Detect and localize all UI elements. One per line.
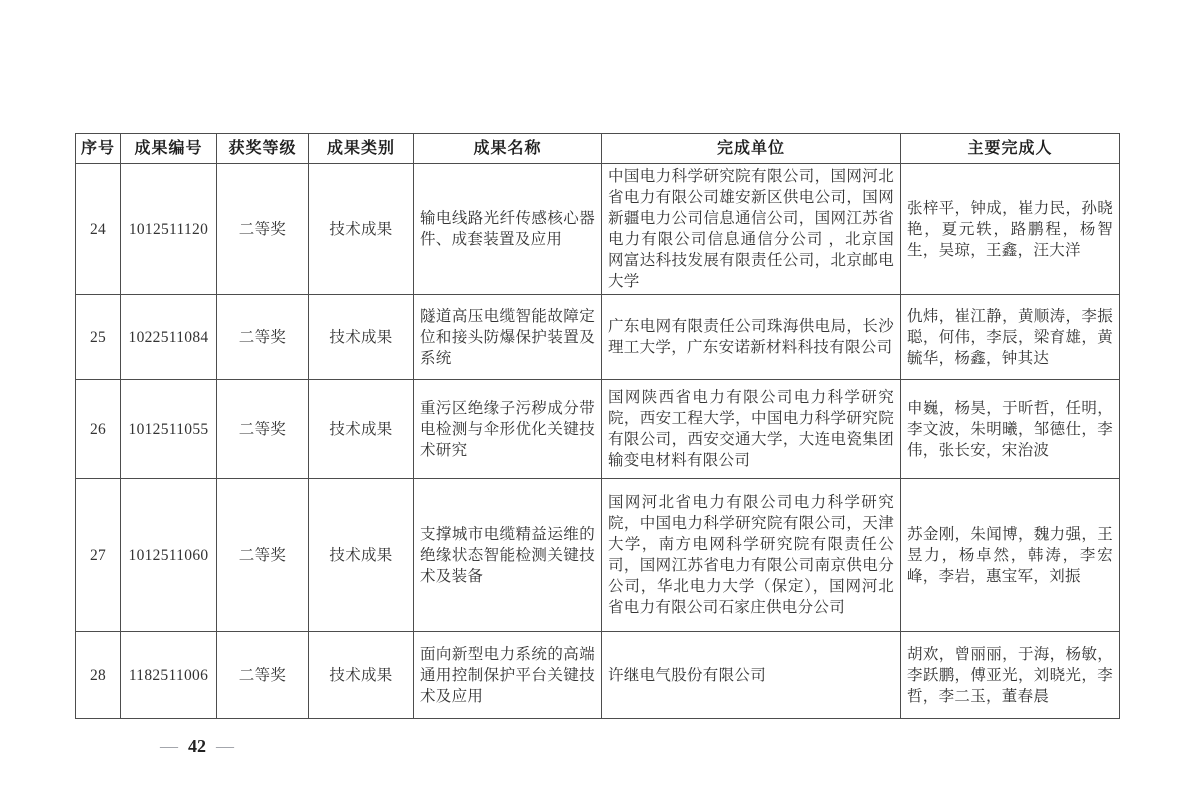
cell-completing-organizations: 国网河北省电力有限公司电力科学研究院，中国电力科学研究院有限公司，天津大学，南方… bbox=[602, 479, 901, 632]
header-award-level: 获奖等级 bbox=[217, 134, 309, 164]
cell-completing-organizations: 许继电气股份有限公司 bbox=[602, 632, 901, 719]
cell-award-level: 二等奖 bbox=[217, 295, 309, 380]
cell-achievement-id: 1012511060 bbox=[121, 479, 217, 632]
cell-achievement-category: 技术成果 bbox=[309, 164, 414, 295]
cell-serial-number: 24 bbox=[76, 164, 121, 295]
table-header-row: 序号 成果编号 获奖等级 成果类别 成果名称 完成单位 主要完成人 bbox=[76, 134, 1120, 164]
cell-serial-number: 27 bbox=[76, 479, 121, 632]
cell-achievement-category: 技术成果 bbox=[309, 295, 414, 380]
cell-main-contributors: 胡欢，曾丽丽，于海，杨敏，李跃鹏，傅亚光，刘晓光，李哲，李二玉，董春晨 bbox=[901, 632, 1120, 719]
cell-award-level: 二等奖 bbox=[217, 632, 309, 719]
cell-achievement-name: 隧道高压电缆智能故障定位和接头防爆保护装置及系统 bbox=[414, 295, 602, 380]
table-row: 28 1182511006 二等奖 技术成果 面向新型电力系统的高端通用控制保护… bbox=[76, 632, 1120, 719]
awards-table-container: 序号 成果编号 获奖等级 成果类别 成果名称 完成单位 主要完成人 24 101… bbox=[75, 133, 1119, 719]
cell-achievement-id: 1012511120 bbox=[121, 164, 217, 295]
cell-achievement-category: 技术成果 bbox=[309, 479, 414, 632]
footer-left-dash: — bbox=[160, 736, 178, 756]
cell-main-contributors: 申巍，杨昊，于昕哲，任明，李文波，朱明曦，邹德仕，李伟，张长安，宋治波 bbox=[901, 380, 1120, 479]
cell-award-level: 二等奖 bbox=[217, 380, 309, 479]
cell-achievement-name: 重污区绝缘子污秽成分带电检测与伞形优化关键技术研究 bbox=[414, 380, 602, 479]
cell-completing-organizations: 广东电网有限责任公司珠海供电局，长沙理工大学，广东安诺新材料科技有限公司 bbox=[602, 295, 901, 380]
cell-achievement-name: 支撑城市电缆精益运维的绝缘状态智能检测关键技术及装备 bbox=[414, 479, 602, 632]
cell-serial-number: 28 bbox=[76, 632, 121, 719]
cell-main-contributors: 苏金刚，朱闻博，魏力强，王昱力，杨卓然，韩涛，李宏峰，李岩，惠宝军，刘振 bbox=[901, 479, 1120, 632]
awards-table: 序号 成果编号 获奖等级 成果类别 成果名称 完成单位 主要完成人 24 101… bbox=[75, 133, 1120, 719]
header-achievement-name: 成果名称 bbox=[414, 134, 602, 164]
cell-serial-number: 25 bbox=[76, 295, 121, 380]
cell-achievement-name: 面向新型电力系统的高端通用控制保护平台关键技术及应用 bbox=[414, 632, 602, 719]
table-row: 25 1022511084 二等奖 技术成果 隧道高压电缆智能故障定位和接头防爆… bbox=[76, 295, 1120, 380]
footer-right-dash: — bbox=[216, 736, 234, 756]
header-serial-number: 序号 bbox=[76, 134, 121, 164]
table-row: 27 1012511060 二等奖 技术成果 支撑城市电缆精益运维的绝缘状态智能… bbox=[76, 479, 1120, 632]
table-row: 24 1012511120 二等奖 技术成果 输电线路光纤传感核心器件、成套装置… bbox=[76, 164, 1120, 295]
page-number: —42— bbox=[150, 736, 244, 757]
header-completing-organizations: 完成单位 bbox=[602, 134, 901, 164]
cell-achievement-name: 输电线路光纤传感核心器件、成套装置及应用 bbox=[414, 164, 602, 295]
scanned-document-page: { "colors": { "page_background": "#fffff… bbox=[0, 0, 1194, 805]
cell-achievement-category: 技术成果 bbox=[309, 380, 414, 479]
cell-achievement-category: 技术成果 bbox=[309, 632, 414, 719]
cell-main-contributors: 仇炜，崔江静，黄顺涛，李振聪，何伟，李辰，梁育雄，黄毓华，杨鑫，钟其达 bbox=[901, 295, 1120, 380]
cell-achievement-id: 1012511055 bbox=[121, 380, 217, 479]
cell-achievement-id: 1182511006 bbox=[121, 632, 217, 719]
cell-achievement-id: 1022511084 bbox=[121, 295, 217, 380]
cell-award-level: 二等奖 bbox=[217, 479, 309, 632]
header-achievement-category: 成果类别 bbox=[309, 134, 414, 164]
header-main-contributors: 主要完成人 bbox=[901, 134, 1120, 164]
cell-award-level: 二等奖 bbox=[217, 164, 309, 295]
table-row: 26 1012511055 二等奖 技术成果 重污区绝缘子污秽成分带电检测与伞形… bbox=[76, 380, 1120, 479]
cell-serial-number: 26 bbox=[76, 380, 121, 479]
header-achievement-id: 成果编号 bbox=[121, 134, 217, 164]
cell-completing-organizations: 国网陕西省电力有限公司电力科学研究院，西安工程大学，中国电力科学研究院有限公司，… bbox=[602, 380, 901, 479]
cell-completing-organizations: 中国电力科学研究院有限公司，国网河北省电力有限公司雄安新区供电公司，国网新疆电力… bbox=[602, 164, 901, 295]
cell-main-contributors: 张梓平，钟成，崔力民，孙晓艳，夏元轶，路鹏程，杨智生，吴琼，王鑫，汪大洋 bbox=[901, 164, 1120, 295]
footer-page-number-value: 42 bbox=[188, 736, 206, 756]
